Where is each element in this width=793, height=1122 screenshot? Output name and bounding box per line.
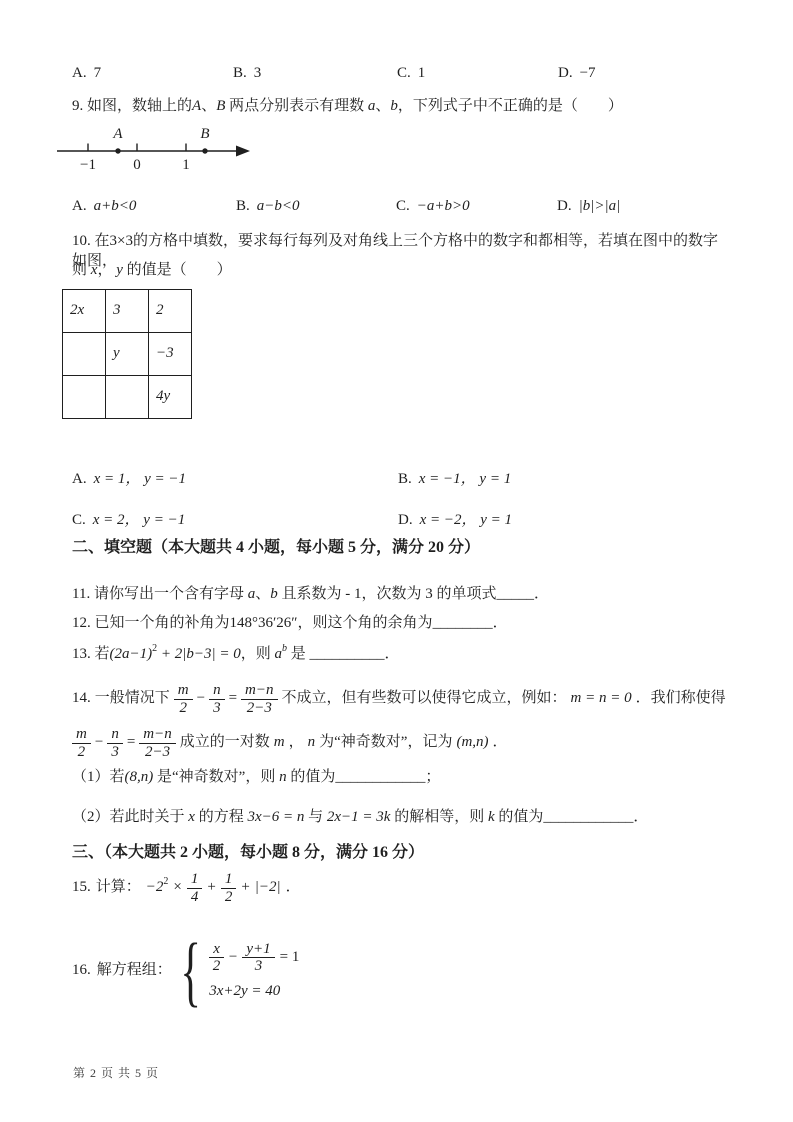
text-segment: ，则这个角的余角为 <box>298 615 433 631</box>
math-expression: x = −2， y = 1 <box>420 512 512 528</box>
text-segment: 与 <box>304 809 327 825</box>
text-segment: ． <box>385 646 400 662</box>
fraction-numerator: m−n <box>139 726 175 744</box>
math-expression: m = n = 0 <box>571 689 632 709</box>
fraction-denominator: 3 <box>111 744 119 761</box>
q16-text: 16. 解方程组： { x2 − y+13 = 1 3x+2y = 40 <box>72 938 299 1004</box>
equation-system: x2 − y+13 = 1 3x+2y = 40 <box>209 941 299 1002</box>
grid-cell: 4y <box>149 376 192 419</box>
math-expression: −22 <box>146 878 169 898</box>
q9-option-c: C.−a+b>0 <box>396 197 470 217</box>
angle-value: 148°36′26″ <box>230 615 298 631</box>
math-operator: + <box>207 878 215 898</box>
text-segment: ． <box>493 733 508 753</box>
fraction: n3 <box>107 726 123 761</box>
grid-cell <box>106 376 149 419</box>
q9-option-d: D.|b|>|a| <box>557 197 620 217</box>
text-segment: 如图，数轴上的 <box>83 98 192 114</box>
q14-sub1-text: （1）若(8,n) 是“神奇数对”，则 n 的值为____________； <box>72 768 440 788</box>
q10-option-a: A.x = 1， y = −1 <box>72 470 186 490</box>
section-heading-calculation: 三、（本大题共 2 小题，每小题 8 分，满分 16 分） <box>72 843 424 864</box>
option-label: D. <box>557 198 572 214</box>
math-operator: − <box>229 948 237 968</box>
option-label: C. <box>396 198 410 214</box>
q14-text-line1: 14. 一般情况下 m2 − n3 = m−n2−3 不成立，但有些数可以使得它… <box>72 678 726 720</box>
grid-cell <box>63 376 106 419</box>
fraction-numerator: m−n <box>241 682 277 700</box>
text-segment: 的方程 <box>195 809 248 825</box>
grid-cell: −3 <box>149 333 192 376</box>
fraction: n3 <box>209 682 225 717</box>
question-number: 12. <box>72 615 91 631</box>
answer-blank: ____________ <box>335 769 425 785</box>
question-number: 15. <box>72 878 91 898</box>
q10-text-line2: 则 x， y 的值是（ ） <box>72 261 232 281</box>
math-operator: = <box>127 733 135 753</box>
fraction-denominator: 3 <box>213 700 221 717</box>
text-segment: 一般情况下 <box>95 689 170 709</box>
text-segment: 是“神奇数对”，则 <box>153 769 279 785</box>
fraction-numerator: m <box>72 726 91 744</box>
option-label: A. <box>72 198 87 214</box>
fraction-denominator: 2−3 <box>247 700 272 717</box>
math-operator: = <box>229 689 237 709</box>
option-value: 3 <box>254 65 262 81</box>
grid-cell <box>63 333 106 376</box>
math-var: m <box>274 733 285 753</box>
page-footer: 第 2 页 共 5 页 <box>73 1066 159 1082</box>
point-b-dot <box>202 148 207 153</box>
page-number-text: 第 2 页 共 5 页 <box>73 1066 159 1080</box>
fraction-denominator: 2 <box>213 958 221 975</box>
question-number: 13. <box>72 646 91 662</box>
equation-2: 3x+2y = 40 <box>209 982 299 1002</box>
math-var: n <box>308 733 316 753</box>
grid-row: y −3 <box>63 333 192 376</box>
math-expression: x = 1， y = −1 <box>94 471 186 487</box>
tick-label: −1 <box>80 157 96 173</box>
text-segment: 则 <box>72 262 91 278</box>
math-var: a <box>275 646 283 662</box>
text-segment: 不成立，但有些数可以使得它成立，例如： <box>282 689 567 709</box>
system-brace: { <box>180 938 201 1004</box>
option-label: B. <box>233 65 247 81</box>
q8-option-d: D.−7 <box>558 64 596 84</box>
math-expression: (m,n) <box>456 733 488 753</box>
fraction-denominator: 2 <box>78 744 86 761</box>
option-value: 7 <box>94 65 102 81</box>
number-line-figure: A B −1 0 1 <box>54 124 254 174</box>
q9-option-a: A.a+b<0 <box>72 197 136 217</box>
math-expression: (2a−1) <box>110 646 153 662</box>
question-number: 9. <box>72 98 83 114</box>
fraction-numerator: 1 <box>221 871 237 889</box>
math-expression: (8,n) <box>125 769 154 785</box>
math-expression: 3x−6 = n <box>247 809 304 825</box>
text-segment: 已知一个角的补角为 <box>91 615 230 631</box>
section-heading-fill-blanks: 二、填空题（本大题共 4 小题，每小题 5 分，满分 20 分） <box>72 538 480 559</box>
text-segment: 且系数为 - 1，次数为 3 的单项式 <box>278 586 497 602</box>
q14-sub2-text: （2）若此时关于 x 的方程 3x−6 = n 与 2x−1 = 3k 的解相等… <box>72 808 648 828</box>
math-expression: 2x−1 = 3k <box>327 809 391 825</box>
fraction: 14 <box>187 871 203 906</box>
text-segment: 的值为 <box>495 809 544 825</box>
fraction-denominator: 2−3 <box>145 744 170 761</box>
math-expression: −a+b>0 <box>417 198 470 214</box>
answer-blank: ____________ <box>543 809 633 825</box>
q12-text: 12. 已知一个角的补角为148°36′26″，则这个角的余角为________… <box>72 614 508 634</box>
text-segment: ，下列式子中不正确的是（ ） <box>398 98 623 114</box>
text-segment: 解方程组： <box>97 961 172 981</box>
option-label: B. <box>398 471 412 487</box>
fraction: 12 <box>221 871 237 906</box>
math-operator: × <box>173 878 181 898</box>
q8-option-c: C.1 <box>397 64 425 84</box>
answer-blank: ________ <box>433 615 493 631</box>
math-operator: − <box>95 733 103 753</box>
text-segment: 计算： <box>96 878 141 898</box>
text-segment: ． <box>286 878 301 898</box>
axis-arrow-icon <box>236 146 250 157</box>
math-var: b <box>390 98 398 114</box>
text-segment: ．我们称使得 <box>636 689 726 709</box>
section-heading-text: 三、（本大题共 2 小题，每小题 8 分，满分 16 分） <box>72 844 424 861</box>
q15-text: 15. 计算： −22 × 14 + 12 + |−2| ． <box>72 868 301 908</box>
text-segment: ． <box>633 809 648 825</box>
text-segment: 两点分别表示有理数 <box>225 98 368 114</box>
text-segment: 成立的一对数 <box>180 733 270 753</box>
point-b-label: B <box>200 126 209 142</box>
option-label: A. <box>72 65 87 81</box>
fraction-numerator: m <box>174 682 193 700</box>
math-var: k <box>488 809 495 825</box>
tick-label: 1 <box>182 157 190 173</box>
math-var: x <box>188 809 195 825</box>
math-var: n <box>279 769 287 785</box>
section-heading-text: 二、填空题（本大题共 4 小题，每小题 5 分，满分 20 分） <box>72 539 480 556</box>
text-segment: 的值为 <box>287 769 336 785</box>
exam-page: A.7 B.3 C.1 D.−7 9. 如图，数轴上的A、B 两点分别表示有理数… <box>0 0 793 1122</box>
fraction-numerator: 1 <box>187 871 203 889</box>
grid-cell: 3 <box>106 290 149 333</box>
math-expression: x = 2， y = −1 <box>93 512 185 528</box>
point-a-label: A <box>112 126 123 142</box>
magic-square-grid: 2x 3 2 y −3 4y <box>62 289 192 419</box>
option-label: B. <box>236 198 250 214</box>
math-expression: x = −1， y = 1 <box>419 471 511 487</box>
text-segment: 若 <box>91 646 110 662</box>
text-segment: ， <box>97 262 116 278</box>
fraction: m−n2−3 <box>139 726 175 761</box>
text-segment: （2）若此时关于 <box>72 809 188 825</box>
fraction: m2 <box>72 726 91 761</box>
grid-cell: y <box>106 333 149 376</box>
math-expression: a−b<0 <box>257 198 300 214</box>
fraction-numerator: n <box>107 726 123 744</box>
answer-blank: _____ <box>496 586 534 602</box>
text-segment: 、 <box>255 586 270 602</box>
text-segment: 的解相等，则 <box>390 809 488 825</box>
text-segment: 、 <box>201 98 216 114</box>
question-number: 16. <box>72 961 91 981</box>
q8-option-a: A.7 <box>72 64 101 84</box>
answer-blank: __________ <box>310 646 385 662</box>
fraction-denominator: 4 <box>191 889 199 906</box>
q10-option-c: C.x = 2， y = −1 <box>72 511 185 531</box>
q13-text: 13. 若(2a−1)2 + 2|b−3| = 0，则 ab 是 _______… <box>72 645 400 665</box>
question-number: 11. <box>72 586 90 602</box>
point-a-dot <box>115 148 120 153</box>
q9-text: 9. 如图，数轴上的A、B 两点分别表示有理数 a、b，下列式子中不正确的是（ … <box>72 97 623 117</box>
math-expression: + 2|b−3| = 0 <box>157 646 241 662</box>
option-label: C. <box>72 512 86 528</box>
fraction: m−n2−3 <box>241 682 277 717</box>
option-label: C. <box>397 65 411 81</box>
text-segment: ，则 <box>241 646 275 662</box>
math-expression: |b|>|a| <box>579 198 621 214</box>
grid-row: 4y <box>63 376 192 419</box>
option-value: −7 <box>580 65 596 81</box>
math-expression: = 1 <box>280 948 300 968</box>
text-segment: 的值是（ ） <box>123 262 232 278</box>
text-segment: 为“神奇数对”，记为 <box>319 733 452 753</box>
text-segment: ， <box>289 733 304 753</box>
fraction: m2 <box>174 682 193 717</box>
q11-text: 11. 请你写出一个含有字母 a、b 且系数为 - 1，次数为 3 的单项式__… <box>72 585 549 605</box>
fraction-numerator: x <box>209 941 224 959</box>
fraction-numerator: n <box>209 682 225 700</box>
exponent: 2 <box>163 876 168 887</box>
q9-option-b: B.a−b<0 <box>236 197 300 217</box>
fraction-denominator: 3 <box>255 958 263 975</box>
fraction-denominator: 2 <box>225 889 233 906</box>
math-var: A <box>192 98 201 114</box>
option-label: A. <box>72 471 87 487</box>
q10-option-b: B.x = −1， y = 1 <box>398 470 511 490</box>
option-label: D. <box>398 512 413 528</box>
q10-option-d: D.x = −2， y = 1 <box>398 511 512 531</box>
math-expression: a+b<0 <box>94 198 137 214</box>
text-segment: ． <box>493 615 508 631</box>
text-segment: （1）若 <box>72 769 125 785</box>
math-var: y <box>116 262 123 278</box>
math-var: b <box>270 586 278 602</box>
q14-text-line2: m2 − n3 = m−n2−3 成立的一对数 m ， n 为“神奇数对”，记为… <box>72 722 508 764</box>
equation-1: x2 − y+13 = 1 <box>209 941 299 976</box>
grid-cell: 2x <box>63 290 106 333</box>
grid-row: 2x 3 2 <box>63 290 192 333</box>
fraction: y+13 <box>242 941 274 976</box>
fraction-numerator: y+1 <box>242 941 274 959</box>
option-label: D. <box>558 65 573 81</box>
question-number: 14. <box>72 689 91 709</box>
text-segment: ； <box>425 769 440 785</box>
math-operator: − <box>197 689 205 709</box>
text-segment: ． <box>534 586 549 602</box>
fraction-denominator: 2 <box>179 700 187 717</box>
math-term: −2 <box>146 879 164 895</box>
text-segment: 是 <box>287 646 310 662</box>
text-segment: 请你写出一个含有字母 <box>90 586 248 602</box>
math-term: |−2| <box>255 878 281 898</box>
tick-label: 0 <box>133 157 141 173</box>
math-var: B <box>216 98 225 114</box>
fraction: x2 <box>209 941 224 976</box>
option-value: 1 <box>418 65 426 81</box>
text-segment: 、 <box>375 98 390 114</box>
grid-cell: 2 <box>149 290 192 333</box>
q8-option-b: B.3 <box>233 64 261 84</box>
math-operator: + <box>241 878 249 898</box>
